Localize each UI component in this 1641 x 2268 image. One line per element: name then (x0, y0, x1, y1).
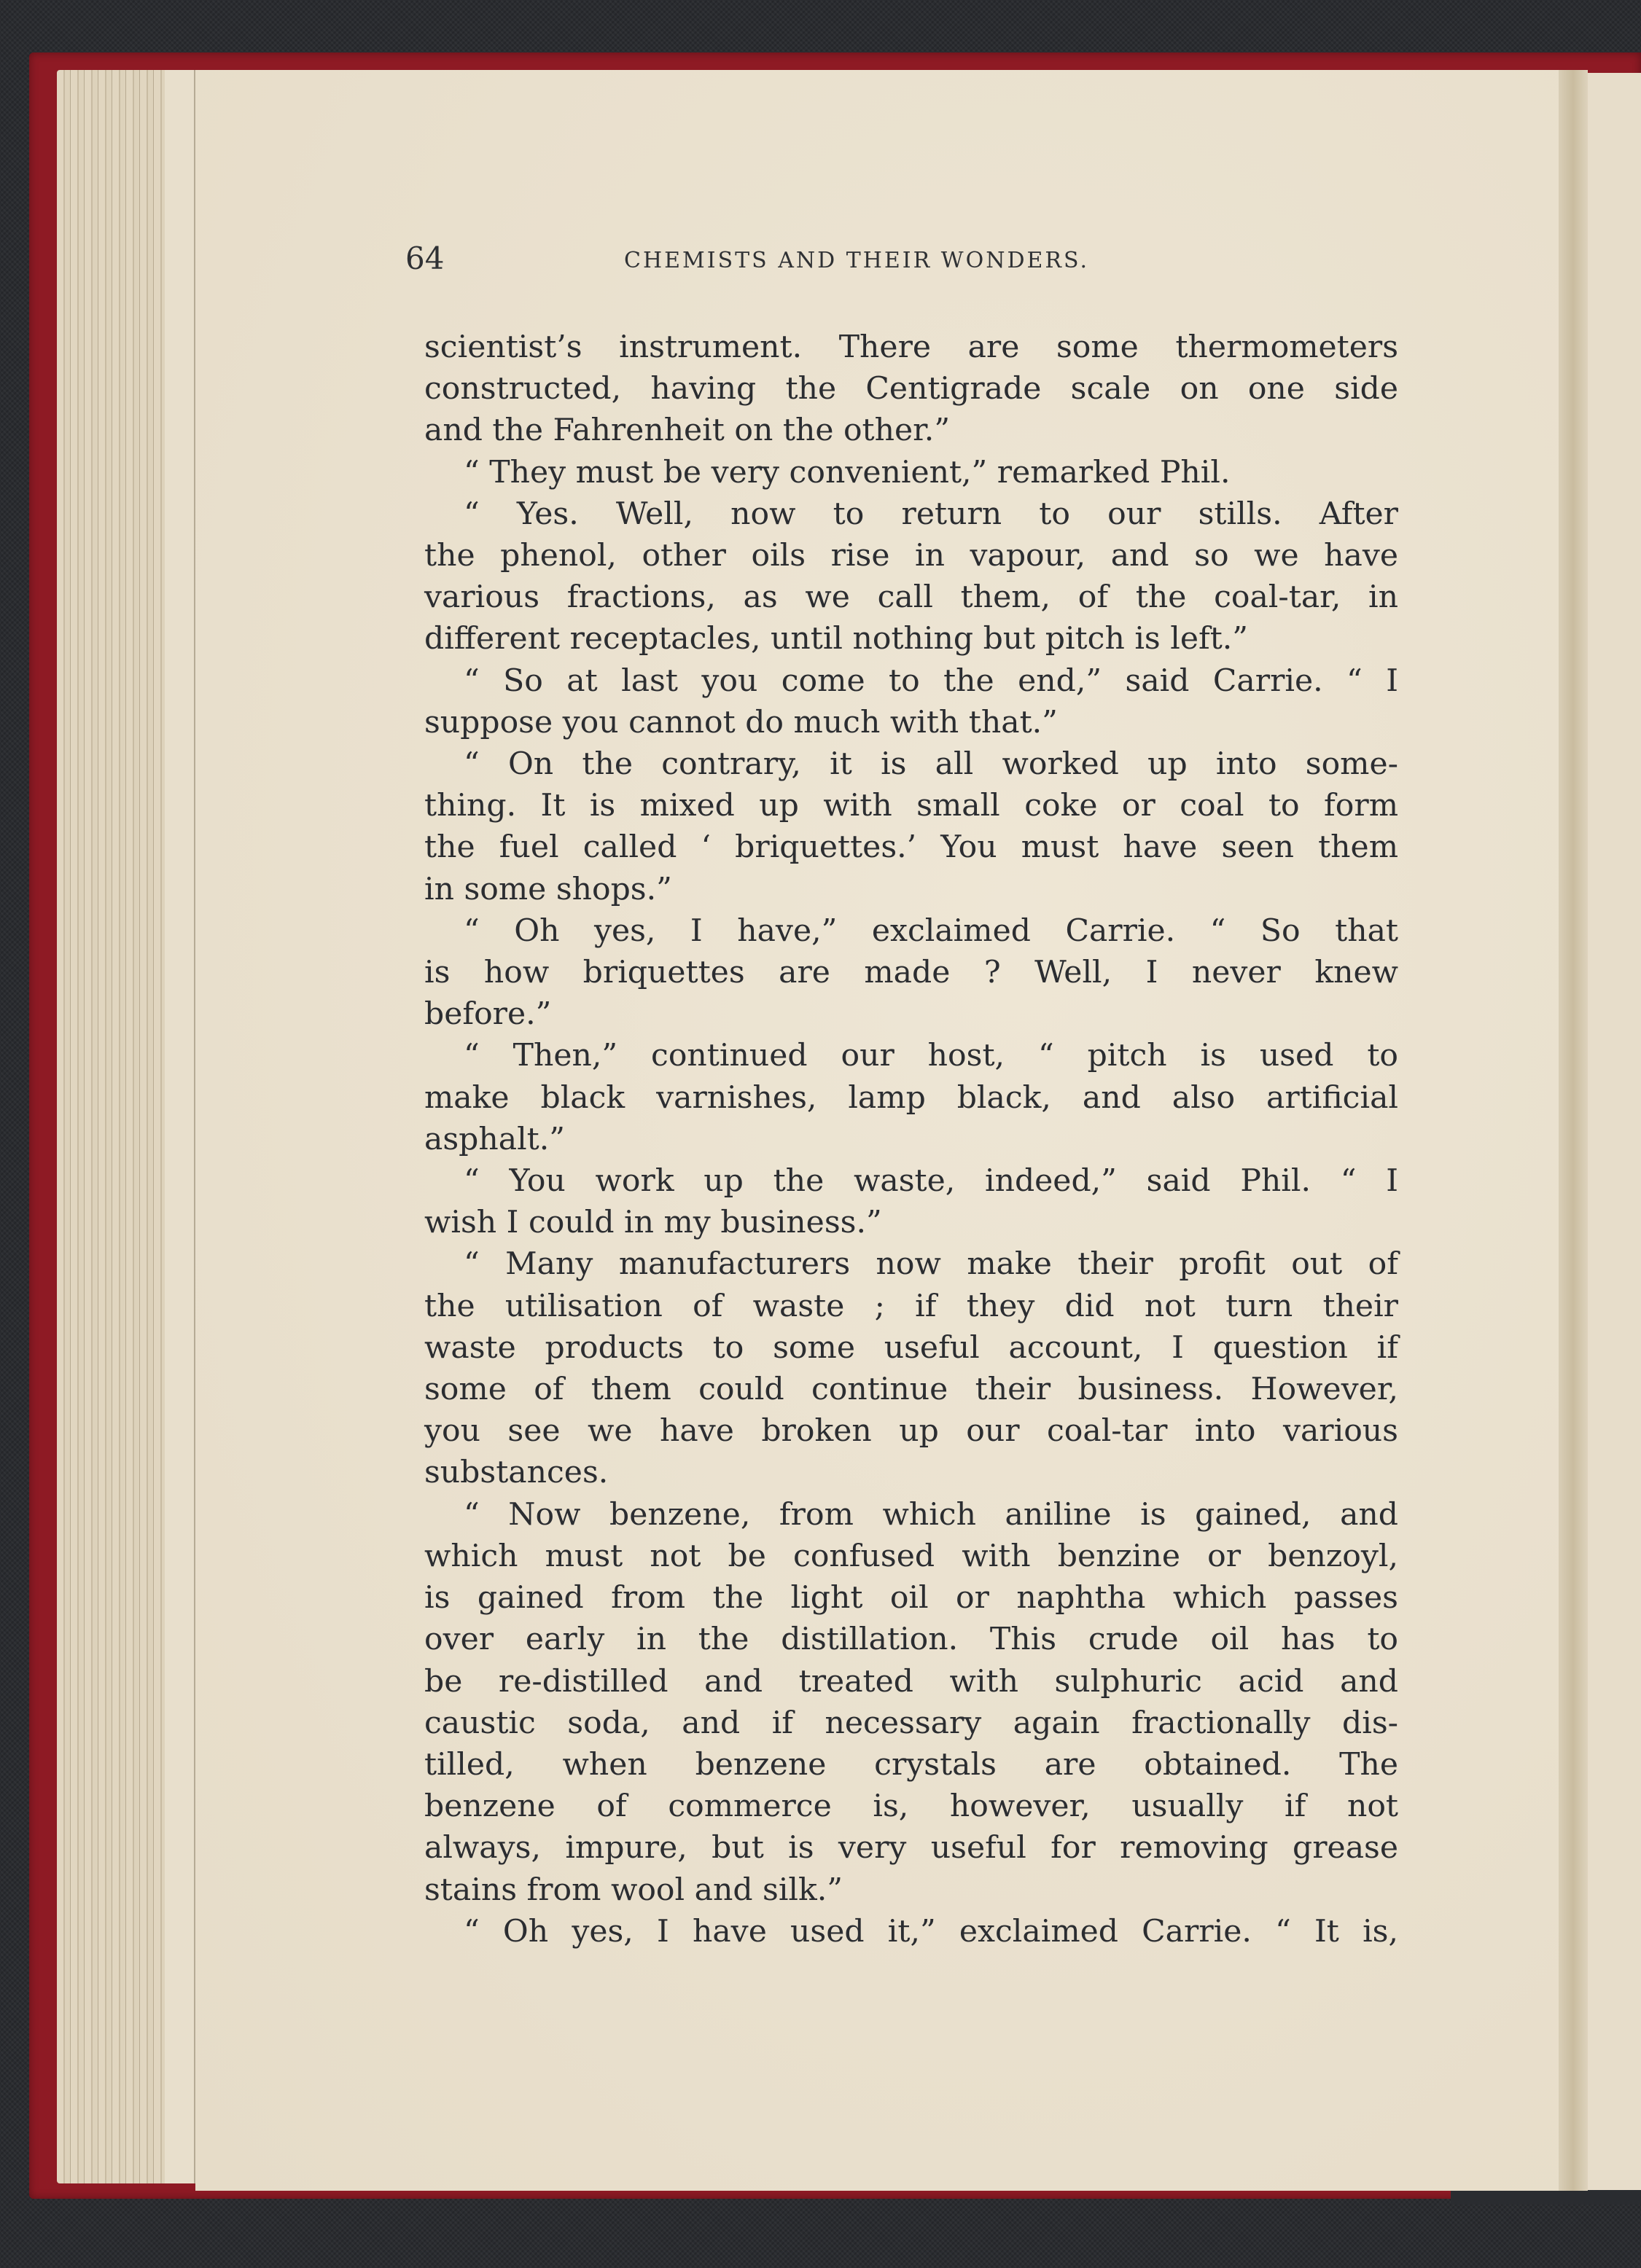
paragraph: scientist’s instrument. There are some t… (424, 326, 1398, 452)
text-line: “ Yes. Well, now to return to our stills… (424, 493, 1398, 535)
running-head-title: CHEMISTS AND THEIR WONDERS. (624, 248, 1089, 273)
paragraph: “ Many manufacturers now make their prof… (424, 1243, 1398, 1493)
page-number: 64 (405, 241, 444, 276)
text-line: substances. (424, 1452, 1398, 1493)
text-line: before.” (424, 993, 1398, 1035)
paragraph: “ Then,” continued our host, “ pitch is … (424, 1035, 1398, 1160)
text-line: in some shops.” (424, 869, 1398, 910)
text-line: “ Oh yes, I have,” exclaimed Carrie. “ S… (424, 910, 1398, 952)
text-line: which must not be confused with benzine … (424, 1536, 1398, 1577)
text-line: is gained from the light oil or naphtha … (424, 1577, 1398, 1619)
text-line: is how briquettes are made ? Well, I nev… (424, 952, 1398, 993)
paragraph: “ Oh yes, I have used it,” exclaimed Car… (424, 1911, 1398, 1952)
paragraph: “ You work up the waste, indeed,” said P… (424, 1160, 1398, 1243)
paragraph: “ Yes. Well, now to return to our stills… (424, 493, 1398, 660)
text-line: be re-distilled and treated with sulphur… (424, 1661, 1398, 1702)
text-line: “ Then,” continued our host, “ pitch is … (424, 1035, 1398, 1076)
text-line: “ Oh yes, I have used it,” exclaimed Car… (424, 1911, 1398, 1952)
text-line: “ On the contrary, it is all worked up i… (424, 743, 1398, 785)
text-line: “ Now benzene, from which aniline is gai… (424, 1494, 1398, 1536)
text-line: thing. It is mixed up with small coke or… (424, 785, 1398, 826)
text-line: over early in the distillation. This cru… (424, 1619, 1398, 1660)
text-line: scientist’s instrument. There are some t… (424, 326, 1398, 368)
text-line: constructed, having the Centigrade scale… (424, 368, 1398, 410)
text-line: “ Many manufacturers now make their prof… (424, 1243, 1398, 1285)
text-line: benzene of commerce is, however, usually… (424, 1786, 1398, 1827)
text-line: the phenol, other oils rise in vapour, a… (424, 535, 1398, 576)
text-line: the fuel called ‘ briquettes.’ You must … (424, 826, 1398, 868)
text-line: tilled, when benzene crystals are obtain… (424, 1744, 1398, 1786)
page-edge (165, 70, 195, 2183)
background-cloth (1451, 2190, 1641, 2205)
text-line: wish I could in my business.” (424, 1202, 1398, 1243)
text-line: different receptacles, until nothing but… (424, 618, 1398, 660)
text-line: “ They must be very convenient,” remarke… (424, 452, 1398, 493)
text-line: always, impure, but is very useful for r… (424, 1827, 1398, 1869)
text-line: “ So at last you come to the end,” said … (424, 660, 1398, 702)
paragraph: “ They must be very convenient,” remarke… (424, 452, 1398, 493)
text-line: make black varnishes, lamp black, and al… (424, 1077, 1398, 1119)
text-line: “ You work up the waste, indeed,” said P… (424, 1160, 1398, 1202)
text-line: various fractions, as we call them, of t… (424, 576, 1398, 618)
paragraph: “ Now benzene, from which aniline is gai… (424, 1494, 1398, 1911)
text-line: caustic soda, and if necessary again fra… (424, 1702, 1398, 1744)
paragraph: “ Oh yes, I have,” exclaimed Carrie. “ S… (424, 910, 1398, 1036)
text-line: stains from wool and silk.” (424, 1869, 1398, 1911)
text-line: and the Fahrenheit on the other.” (424, 410, 1398, 451)
text-line: waste products to some useful account, I… (424, 1327, 1398, 1369)
facing-page-edge (1588, 73, 1641, 2190)
paragraph: “ On the contrary, it is all worked up i… (424, 743, 1398, 910)
text-line: asphalt.” (424, 1119, 1398, 1160)
running-head: 64 CHEMISTS AND THEIR WONDERS. (405, 241, 1426, 284)
body-text: scientist’s instrument. There are some t… (424, 326, 1398, 1952)
text-line: suppose you cannot do much with that.” (424, 702, 1398, 743)
book-gutter (1559, 70, 1588, 2191)
text-line: some of them could continue their busine… (424, 1369, 1398, 1410)
text-line: you see we have broken up our coal-tar i… (424, 1410, 1398, 1452)
paragraph: “ So at last you come to the end,” said … (424, 660, 1398, 743)
text-line: the utilisation of waste ; if they did n… (424, 1286, 1398, 1327)
